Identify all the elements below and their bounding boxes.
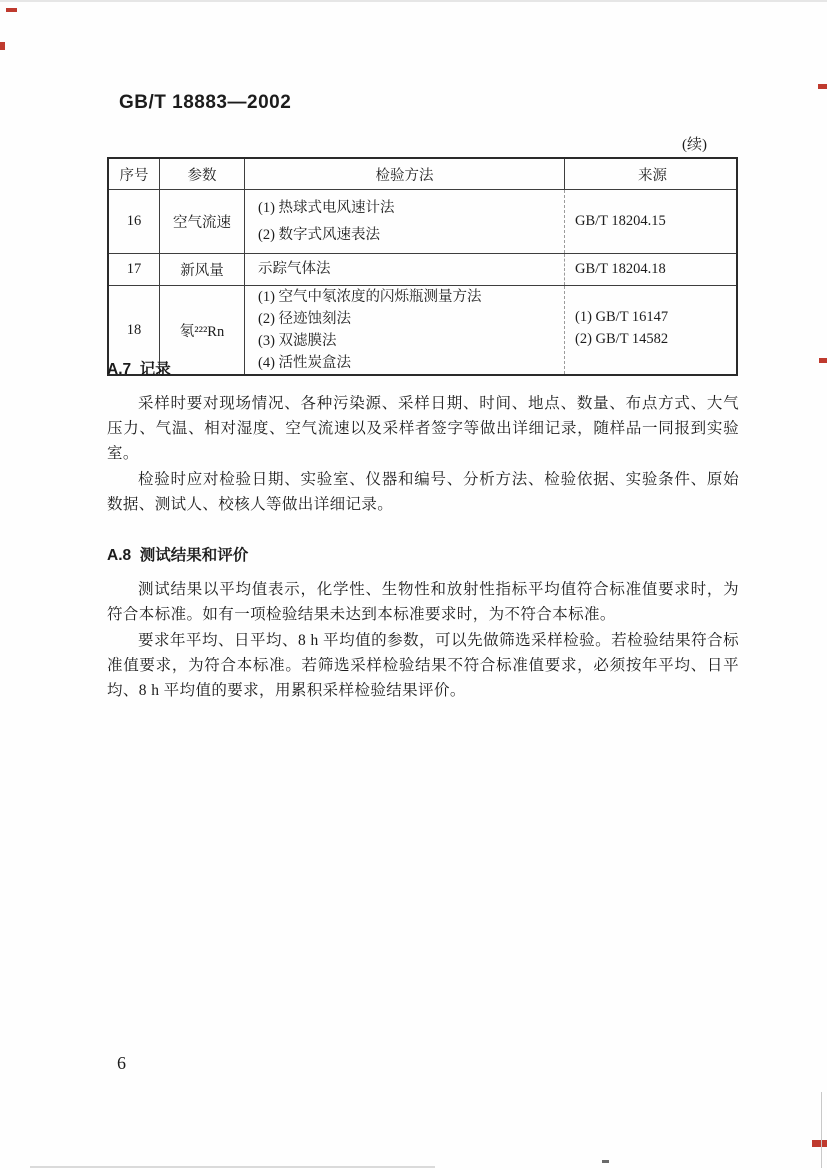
red-mark xyxy=(6,8,17,12)
red-mark xyxy=(812,1140,827,1147)
paragraph: 采样时要对现场情况、各种污染源、采样日期、时间、地点、数量、布点方式、大气压力、… xyxy=(107,391,739,466)
method-item: (2) 径迹蚀刻法 xyxy=(258,308,558,330)
row-sources: GB/T 18204.18 xyxy=(565,254,738,286)
test-methods-table: 序号 参数 检验方法 来源 16 空气流速 (1) 热球式电风速计法 (2) 数… xyxy=(107,157,738,376)
scan-edge-top xyxy=(0,0,827,2)
row-parameter: 空气流速 xyxy=(160,190,245,254)
red-mark xyxy=(0,42,5,50)
row-sources: GB/T 18204.15 xyxy=(565,190,738,254)
header-seq: 序号 xyxy=(108,158,160,190)
scan-edge-right xyxy=(821,1092,822,1168)
scan-artifact-dash xyxy=(602,1160,609,1163)
method-item: (1) 空气中氡浓度的闪烁瓶测量方法 xyxy=(258,286,558,308)
source-item: (1) GB/T 16147 xyxy=(575,306,730,328)
row-methods: (1) 热球式电风速计法 (2) 数字式风速表法 xyxy=(245,190,565,254)
table-row: 17 新风量 示踪气体法 GB/T 18204.18 xyxy=(108,254,737,286)
section-heading: A.7 记录 xyxy=(107,357,739,379)
method-item: (3) 双滤膜法 xyxy=(258,330,558,352)
paragraph: 检验时应对检验日期、实验室、仪器和编号、分析方法、检验依据、实验条件、原始数据、… xyxy=(107,467,739,517)
header-source: 来源 xyxy=(565,158,738,190)
paragraph: 要求年平均、日平均、8 h 平均值的参数，可以先做筛选采样检验。若检验结果符合标… xyxy=(107,628,739,703)
row-seq: 17 xyxy=(108,254,160,286)
red-mark xyxy=(819,358,827,363)
header-parameter: 参数 xyxy=(160,158,245,190)
source-item: GB/T 18204.18 xyxy=(575,256,730,283)
section-a8: A.8 测试结果和评价 测试结果以平均值表示，化学性、生物性和放射性指标平均值符… xyxy=(107,543,739,703)
method-item: 示踪气体法 xyxy=(258,256,558,283)
section-a7: A.7 记录 采样时要对现场情况、各种污染源、采样日期、时间、地点、数量、布点方… xyxy=(107,357,739,517)
row-seq: 16 xyxy=(108,190,160,254)
document-body: A.7 记录 采样时要对现场情况、各种污染源、采样日期、时间、地点、数量、布点方… xyxy=(107,357,739,723)
scan-edge-bottom xyxy=(30,1166,435,1168)
table-header-row: 序号 参数 检验方法 来源 xyxy=(108,158,737,190)
table-continued-label: (续) xyxy=(682,133,707,154)
row-methods: 示踪气体法 xyxy=(245,254,565,286)
test-methods-table-wrapper: 序号 参数 检验方法 来源 16 空气流速 (1) 热球式电风速计法 (2) 数… xyxy=(107,157,738,376)
section-heading: A.8 测试结果和评价 xyxy=(107,543,739,565)
row-parameter: 新风量 xyxy=(160,254,245,286)
source-item: GB/T 18204.15 xyxy=(575,208,730,235)
header-method: 检验方法 xyxy=(245,158,565,190)
source-item xyxy=(575,352,730,354)
document-page: GB/T 18883—2002 (续) 序号 参数 检验方法 来源 16 空气流… xyxy=(0,0,827,1170)
red-mark xyxy=(818,84,827,89)
source-item: (2) GB/T 14582 xyxy=(575,328,730,350)
table-row: 16 空气流速 (1) 热球式电风速计法 (2) 数字式风速表法 GB/T 18… xyxy=(108,190,737,254)
page-number: 6 xyxy=(117,1053,126,1074)
paragraph: 测试结果以平均值表示，化学性、生物性和放射性指标平均值符合标准值要求时，为符合本… xyxy=(107,577,739,627)
document-code: GB/T 18883—2002 xyxy=(119,92,291,114)
method-item: (2) 数字式风速表法 xyxy=(258,222,558,249)
method-item: (1) 热球式电风速计法 xyxy=(258,195,558,222)
